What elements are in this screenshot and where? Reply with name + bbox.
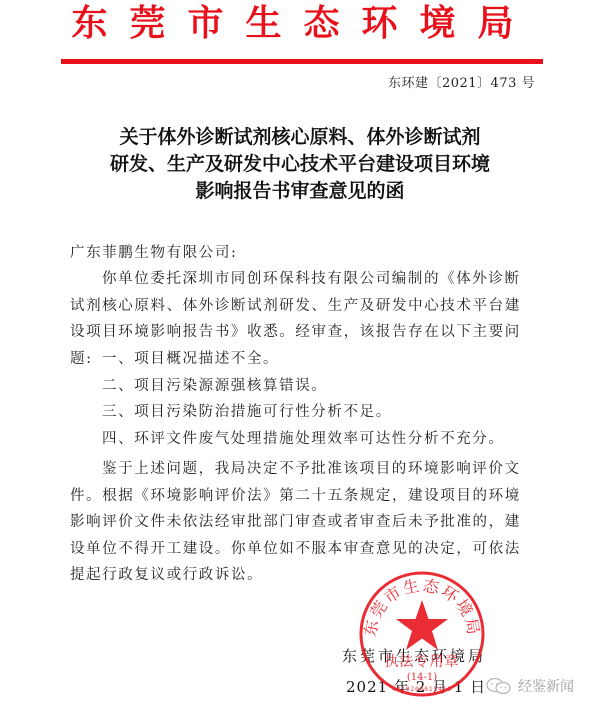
star-icon (396, 600, 448, 650)
stamp-serial: 4419200015419 (392, 686, 452, 693)
stamp-code: (14-1) (407, 672, 437, 683)
official-stamp: 东莞市生态环境局 执法专用章 (14-1) 4419200015419 (358, 570, 486, 698)
issue-item: 四、环评文件废气处理措施处理效率可达性分析不充分。 (70, 426, 532, 453)
issue-item: 一、项目概况描述不全。 (70, 346, 532, 373)
watermark-label: 经鉴新闻 (518, 676, 574, 696)
red-header-rule (61, 59, 543, 64)
title-line: 研发、生产及研发中心技术平台建设项目环境 (60, 151, 540, 178)
stamp-center-text: 执法专用章 (385, 653, 460, 670)
title-line: 影响报告书审查意见的函 (60, 178, 540, 205)
document-number: 东环建〔2021〕473 号 (388, 72, 535, 91)
addressee: 广东菲鹏生物有限公司: (70, 240, 532, 267)
issue-item: 三、项目污染防治措施可行性分析不足。 (70, 399, 532, 426)
document-title: 关于体外诊断试剂核心原料、体外诊断试剂 研发、生产及研发中心技术平台建设项目环境… (60, 124, 540, 205)
paragraph-decision: 鉴于上述问题，我局决定不予批准该项目的环境影响评价文件。根据《环境影响评价法》第… (70, 456, 532, 589)
agency-header-title: 东莞市生态环境局 (0, 2, 593, 46)
title-line: 关于体外诊断试剂核心原料、体外诊断试剂 (60, 124, 540, 151)
issues-list: 一、项目概况描述不全。 二、项目污染源源强核算错误。 三、项目污染防治措施可行性… (70, 346, 532, 452)
source-watermark: 经鉴新闻 (486, 676, 574, 696)
issue-item: 二、项目污染源源强核算错误。 (70, 373, 532, 400)
wechat-icon (486, 677, 512, 695)
